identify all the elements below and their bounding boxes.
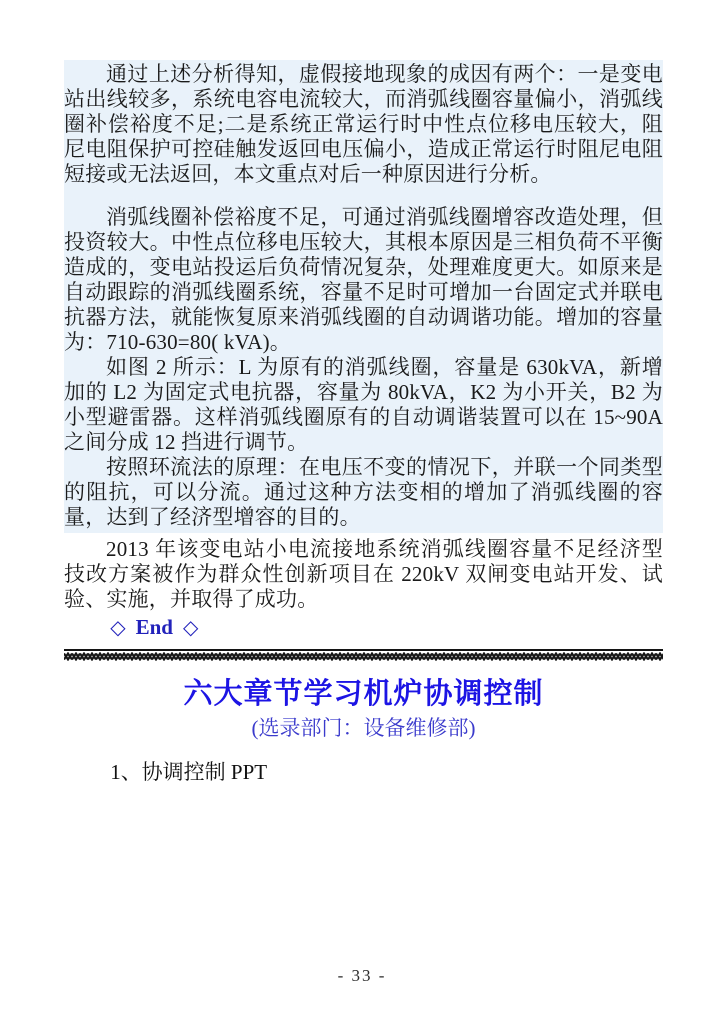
- page-content-column: 通过上述分析得知，虚假接地现象的成因有两个：一是变电站出线较多，系统电容电流较大…: [64, 60, 663, 785]
- document-page: 通过上述分析得知，虚假接地现象的成因有两个：一是变电站出线较多，系统电容电流较大…: [0, 0, 724, 1024]
- department-line: (选录部门：设备维修部): [64, 716, 663, 740]
- page-number: - 33 -: [0, 966, 724, 986]
- list-item-coordination-ppt: 1、协调控制 PPT: [64, 760, 663, 785]
- end-label: End: [136, 615, 173, 639]
- closing-paragraph: 2013 年该变电站小电流接地系统消弧线圈容量不足经济型技改方案被作为群众性创新…: [64, 537, 663, 612]
- diamond-icon: ◇: [183, 617, 198, 639]
- body-paragraph: 消弧线圈补偿裕度不足，可通过消弧线圈增容改造处理，但投资较大。中性点位移电压较大…: [64, 205, 663, 355]
- end-marker: ◇End◇: [64, 615, 663, 641]
- article-title: 六大章节学习机炉协调控制: [64, 677, 663, 711]
- body-paragraph: 通过上述分析得知，虚假接地现象的成因有两个：一是变电站出线较多，系统电容电流较大…: [64, 62, 663, 187]
- diamond-icon: ◇: [110, 617, 125, 639]
- zigzag-divider: [64, 649, 663, 662]
- body-paragraph: 按照环流法的原理：在电压不变的情况下，并联一个同类型的阻抗，可以分流。通过这种方…: [64, 455, 663, 530]
- body-paragraph: 如图 2 所示：L 为原有的消弧线圈，容量是 630kVA，新增加的 L2 为固…: [64, 355, 663, 455]
- highlighted-section: 通过上述分析得知，虚假接地现象的成因有两个：一是变电站出线较多，系统电容电流较大…: [64, 60, 663, 533]
- zigzag-pattern-icon: [64, 652, 663, 661]
